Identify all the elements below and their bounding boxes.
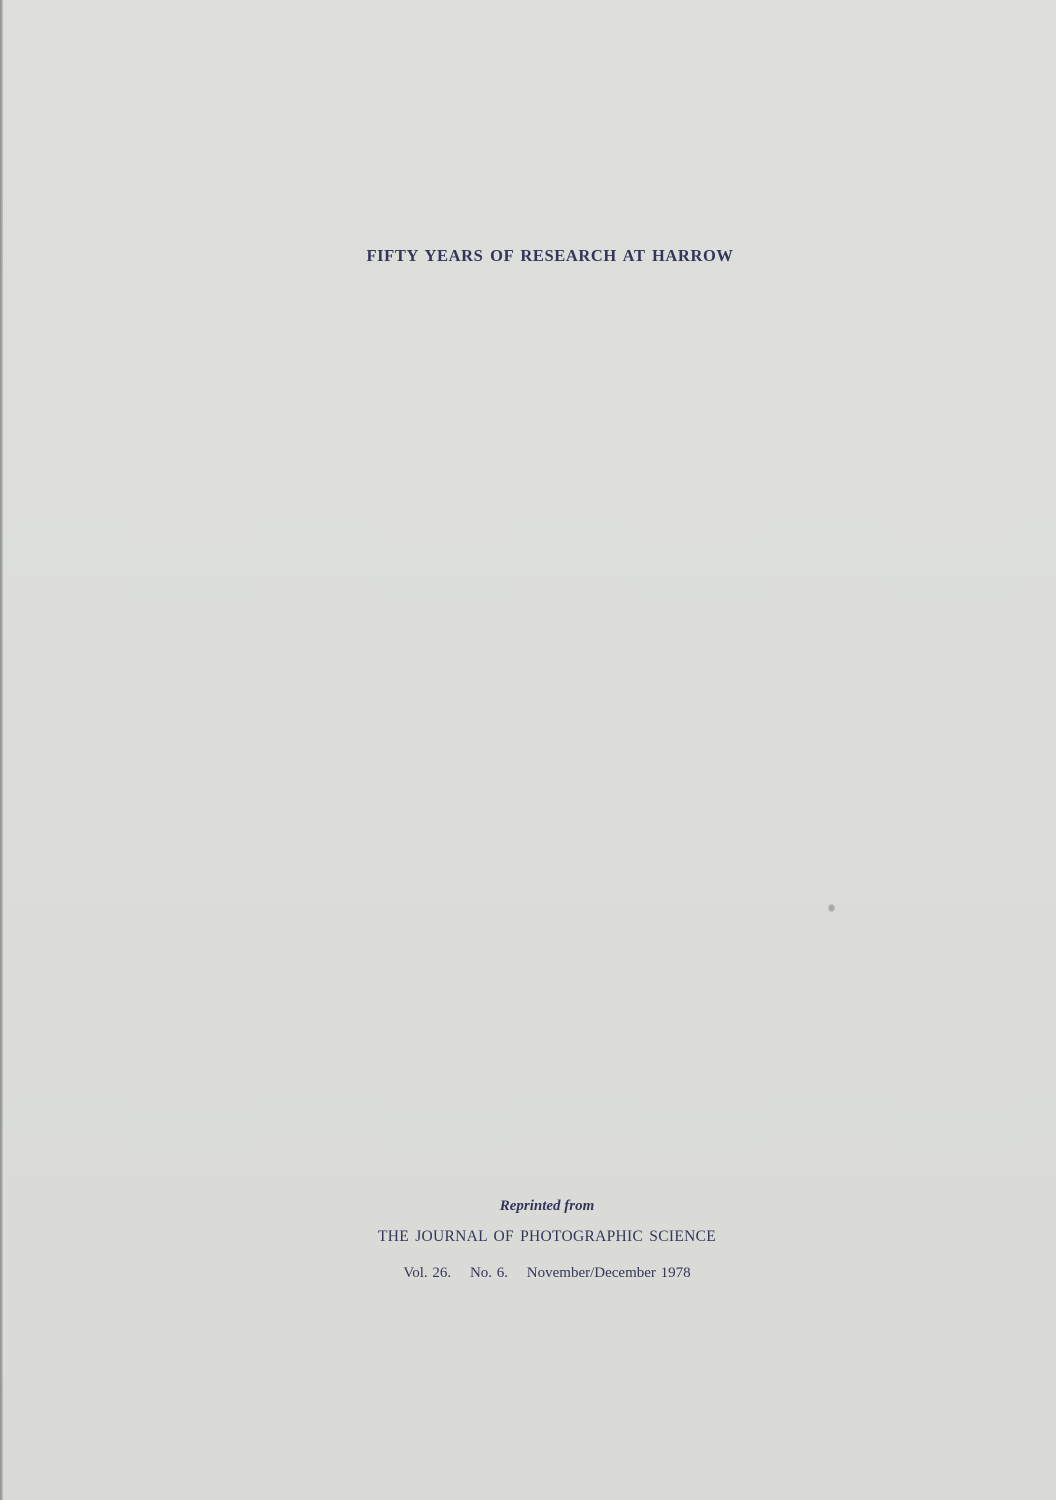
issue-number: No. 6. — [470, 1265, 508, 1281]
paper-blemish — [828, 904, 835, 912]
issue-date: November/December 1978 — [527, 1265, 691, 1281]
reprinted-from-label: Reprinted from — [0, 1198, 1056, 1215]
document-title: FIFTY YEARS OF RESEARCH AT HARROW — [0, 246, 1056, 266]
volume-number: Vol. 26. — [403, 1265, 451, 1281]
issue-info: Vol. 26. No. 6. November/December 1978 — [0, 1265, 1056, 1282]
journal-name: THE JOURNAL OF PHOTOGRAPHIC SCIENCE — [0, 1228, 1056, 1246]
document-cover: FIFTY YEARS OF RESEARCH AT HARROW Reprin… — [0, 0, 1056, 1500]
